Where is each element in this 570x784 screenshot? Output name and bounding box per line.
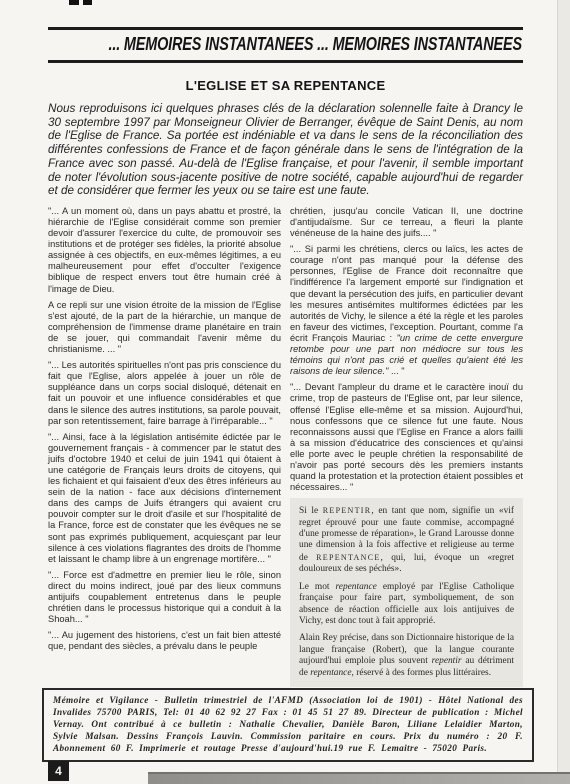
paragraph: "... A un moment où, dans un pays abattu… bbox=[48, 206, 281, 295]
paragraph: "... Devant l'ampleur du drame et le car… bbox=[290, 382, 523, 493]
article-title: L'EGLISE ET SA REPENTANCE bbox=[48, 78, 523, 93]
scan-edge-shadow-right bbox=[557, 0, 570, 784]
paragraph-with-quote: "... Si parmi les chrétiens, clercs ou l… bbox=[290, 244, 523, 377]
note-paragraph: Le mot repentance employé par l'Eglise C… bbox=[299, 582, 514, 628]
column-right: chrétien, jusqu'au concile Vatican II, u… bbox=[290, 206, 523, 687]
column-left: "... A un moment où, dans un pays abattu… bbox=[48, 206, 281, 687]
page-number-badge: 4 bbox=[48, 761, 69, 781]
paragraph: chrétien, jusqu'au concile Vatican II, u… bbox=[290, 206, 523, 239]
publication-info-box: Mémoire et Vigilance - Bulletin trimestr… bbox=[42, 688, 534, 762]
intro-paragraph: Nous reproduisons ici quelques phrases c… bbox=[48, 102, 523, 198]
page-content: ... MEMOIRES INSTANTANEES ... MEMOIRES I… bbox=[48, 0, 523, 687]
paragraph: "... Au jugement des historiens, c'est u… bbox=[48, 630, 281, 652]
paragraph: "... Les autorités spirituelles n'ont pa… bbox=[48, 360, 281, 427]
section-banner: ... MEMOIRES INSTANTANEES ... MEMOIRES I… bbox=[48, 27, 523, 63]
note-paragraph: Si le REPENTIR, en tant que nom, signifi… bbox=[299, 505, 514, 575]
scanned-page: ... MEMOIRES INSTANTANEES ... MEMOIRES I… bbox=[0, 0, 570, 784]
two-column-body: "... A un moment où, dans un pays abattu… bbox=[48, 206, 523, 687]
repentance-definition-box: Si le REPENTIR, en tant que nom, signifi… bbox=[290, 498, 523, 687]
scan-edge-shadow-bottom bbox=[148, 772, 570, 784]
paragraph: "... Ainsi, face à la législation antisé… bbox=[48, 432, 281, 565]
paragraph: "... Force est d'admettre en premier lie… bbox=[48, 570, 281, 625]
note-paragraph: Alain Rey précise, dans son Dictionnaire… bbox=[299, 633, 514, 679]
banner-text: ... MEMOIRES INSTANTANEES ... MEMOIRES I… bbox=[108, 33, 523, 55]
paragraph: A ce repli sur une vision étroite de la … bbox=[48, 300, 281, 355]
